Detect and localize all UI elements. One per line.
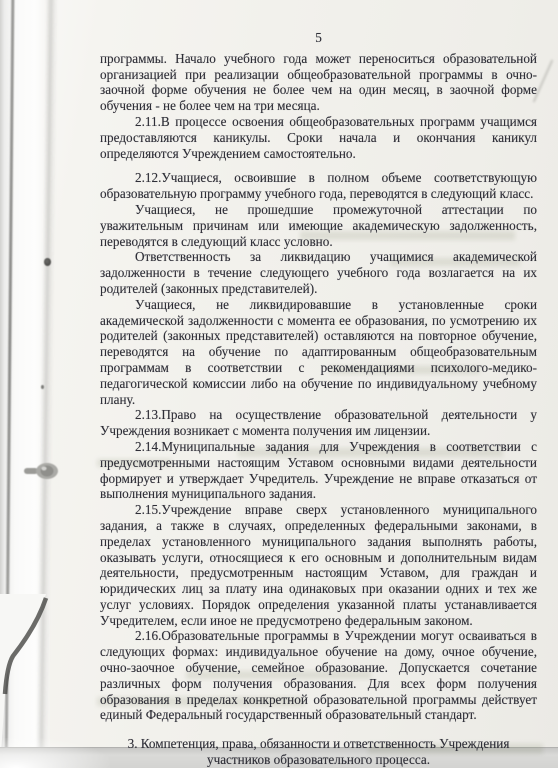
paragraph-2-12-sub1: Учащиеся, не прошедшие промежуточной атт… [100,202,537,249]
paragraph-2-15: 2.15.Учреждение вправе сверх установленн… [100,502,537,628]
page-number: 5 [100,30,537,46]
paragraph-2-12-sub2: Ответственность за ликвидацию учащимися … [100,249,537,296]
paragraph-2-12-sub3: Учащиеся, не ликвидировавшие в установле… [100,297,537,408]
paragraph-2-14: 2.14.Муниципальные задания для Учреждени… [100,439,537,502]
paragraph-2-13: 2.13.Право на осуществление образователь… [100,407,537,439]
section-heading: 3. Компетенция, права, обязанности и отв… [116,736,521,768]
scanned-document-page: 5 программы. Начало учебного года может … [0,0,558,768]
paragraph-2-11: 2.11.В процессе освоения общеобразовател… [100,114,537,161]
page-content: 5 программы. Начало учебного года может … [0,0,558,768]
paragraph-continuation: программы. Начало учебного года может пе… [100,51,537,114]
paragraph-2-12: 2.12.Учащиеся, освоившие в полном объеме… [100,170,537,202]
paragraph-2-16: 2.16.Образовательные программы в Учрежде… [100,628,537,723]
